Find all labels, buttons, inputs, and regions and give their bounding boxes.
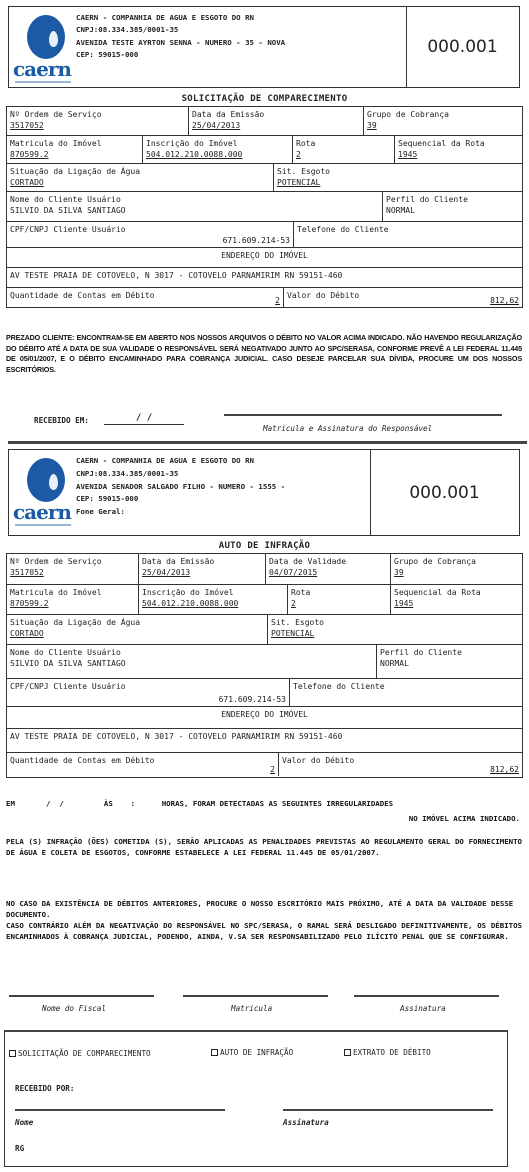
company-info: caern CAERN - COMPANHIA DE AGUA E ESGOTO… (9, 450, 371, 535)
water-drop-logo-icon (27, 458, 65, 502)
company-name: CAERN - COMPANHIA DE AGUA E ESGOTO DO RN (76, 456, 254, 465)
cpf-value: 671.609.214-53 (223, 235, 290, 246)
rota-value: 2 (291, 598, 387, 609)
checkbox-icon[interactable] (344, 1049, 351, 1056)
solicitacao-form: Nº Ordem de Serviço3517052 Data da Emiss… (6, 106, 523, 308)
cpf-value: 671.609.214-53 (219, 694, 286, 705)
option-auto-infracao[interactable]: AUTO DE INFRAÇÃO (211, 1048, 293, 1057)
company-header-2: caern CAERN - COMPANHIA DE AGUA E ESGOTO… (8, 449, 520, 536)
grupo-cobranca-value: 39 (394, 567, 519, 578)
situacao-agua-value: CORTADO (10, 177, 270, 188)
rg-label: RG (15, 1144, 24, 1153)
section-title-solicitacao: SOLICITAÇÃO DE COMPARECIMENTO (0, 94, 529, 104)
sequencial-rota-value: 1945 (398, 149, 519, 160)
recebido-por-label: RECEBIDO POR: (15, 1084, 74, 1093)
perfil-value: NORMAL (380, 658, 519, 669)
logo-wordmark: caern (13, 500, 71, 524)
document-number: 000.001 (406, 7, 519, 87)
cliente-nome-value: SILVIO DA SILVA SANTIAGO (10, 658, 373, 669)
recebido-em-label: RECEBIDO EM: (34, 416, 89, 425)
ordem-servico-value: 3517052 (10, 120, 185, 131)
company-cep: CEP: 59015-000 (76, 50, 138, 59)
company-cnpj: CNPJ:08.334.385/0001-35 (76, 469, 178, 478)
valor-debito-value: 812,62 (490, 295, 519, 306)
matricula-value: 870599.2 (10, 598, 135, 609)
company-address: AVENIDA SENADOR SALGADO FILHO - NUMERO -… (76, 482, 285, 491)
option-extrato-debito[interactable]: EXTRATO DE DÉBITO (344, 1048, 431, 1057)
valor-debito-value: 812,62 (490, 764, 519, 775)
document-number: 000.001 (370, 450, 519, 535)
company-cnpj: CNPJ:08.334.385/0001-35 (76, 25, 178, 34)
rota-value: 2 (296, 149, 391, 160)
receipt-box: SOLICITAÇÃO DE COMPARECIMENTO AUTO DE IN… (4, 1030, 508, 1167)
inscricao-value: 504.012.210.0088.000 (142, 598, 284, 609)
situacao-esgoto-value: POTENCIAL (271, 628, 519, 639)
endereco-heading: ENDEREÇO DO IMÓVEL (10, 709, 519, 720)
assinatura-label: Assinatura (400, 1004, 446, 1013)
data-emissao-value: 25/04/2013 (142, 567, 262, 578)
prezado-cliente-notice: PREZADO CLIENTE: ENCONTRAM-SE EM ABERTO … (6, 333, 522, 375)
assinatura-receipt-label: Assinatura (283, 1118, 329, 1127)
qtd-contas-value: 2 (275, 295, 280, 306)
company-info: caern CAERN - COMPANHIA DE AGUA E ESGOTO… (9, 7, 407, 87)
water-drop-logo-icon (27, 15, 65, 59)
matricula-assinatura-label: Matricula e Assinatura do Responsável (263, 424, 432, 433)
data-emissao-value: 25/04/2013 (192, 120, 360, 131)
endereco-heading: ENDEREÇO DO IMÓVEL (10, 250, 519, 261)
auto-infracao-form: Nº Ordem de Serviço3517052 Data da Emiss… (6, 553, 523, 778)
checkbox-icon[interactable] (9, 1050, 16, 1057)
situacao-agua-value: CORTADO (10, 628, 264, 639)
company-address: AVENIDA TESTE AYRTON SENNA - NUMERO - 35… (76, 38, 285, 47)
cliente-nome-value: SILVIO DA SILVA SANTIAGO (10, 205, 379, 216)
matricula-value: 870599.2 (10, 149, 139, 160)
company-name: CAERN - COMPANHIA DE AGUA E ESGOTO DO RN (76, 13, 254, 22)
company-header-1: caern CAERN - COMPANHIA DE AGUA E ESGOTO… (8, 6, 520, 88)
penalidades-paragraph: PELA (S) INFRAÇÃO (ÕES) COMETIDA (S), SE… (6, 836, 522, 858)
assinatura-signature-line (354, 995, 499, 997)
debitos-anteriores-paragraph: NO CASO DA EXISTÊNCIA DE DÉBITOS ANTERIO… (6, 898, 522, 920)
fiscal-signature-line (9, 995, 154, 997)
option-solicitacao[interactable]: SOLICITAÇÃO DE COMPARECIMENTO (9, 1049, 151, 1058)
matricula-label: Matricula (231, 1004, 272, 1013)
caern-logo: caern (13, 452, 73, 530)
grupo-cobranca-value: 39 (367, 120, 519, 131)
assinatura-receipt-line[interactable] (283, 1109, 493, 1111)
nome-fiscal-label: Nome do Fiscal (42, 1004, 106, 1013)
checkbox-icon[interactable] (211, 1049, 218, 1056)
endereco-value: AV TESTE PRAIA DE COTOVELO, N 3017 - COT… (10, 731, 519, 742)
situacao-esgoto-value: POTENCIAL (277, 177, 519, 188)
irregularidades-line-2: NO IMÓVEL ACIMA INDICADO. (6, 813, 520, 824)
caso-contrario-paragraph: CASO CONTRÁRIO ALÉM DA NEGATIVAÇÃO DO RE… (6, 920, 522, 942)
inscricao-value: 504.012.210.0088.000 (146, 149, 289, 160)
company-cep: CEP: 59015-000 (76, 494, 138, 503)
perfil-value: NORMAL (386, 205, 519, 216)
company-phone: Fone Geral: (76, 507, 125, 516)
logo-wordmark: caern (13, 57, 71, 81)
section-divider (8, 441, 527, 444)
sequencial-rota-value: 1945 (394, 598, 519, 609)
matricula-signature-line (183, 995, 328, 997)
data-validade-value: 04/07/2015 (269, 567, 387, 578)
nome-label: Nome (15, 1118, 33, 1127)
caern-logo: caern (13, 9, 73, 87)
endereco-value: AV TESTE PRAIA DE COTOVELO, N 3017 - COT… (10, 270, 519, 281)
irregularidades-line: EM / / ÀS : HORAS, FORAM DETECTADAS AS S… (6, 798, 522, 809)
section-title-auto-infracao: AUTO DE INFRAÇÃO (0, 541, 529, 551)
qtd-contas-value: 2 (270, 764, 275, 775)
nome-signature-line[interactable] (15, 1109, 225, 1111)
ordem-servico-value: 3517052 (10, 567, 135, 578)
responsavel-signature-line (224, 414, 502, 416)
recebido-em-date-field[interactable]: / / (104, 413, 184, 425)
